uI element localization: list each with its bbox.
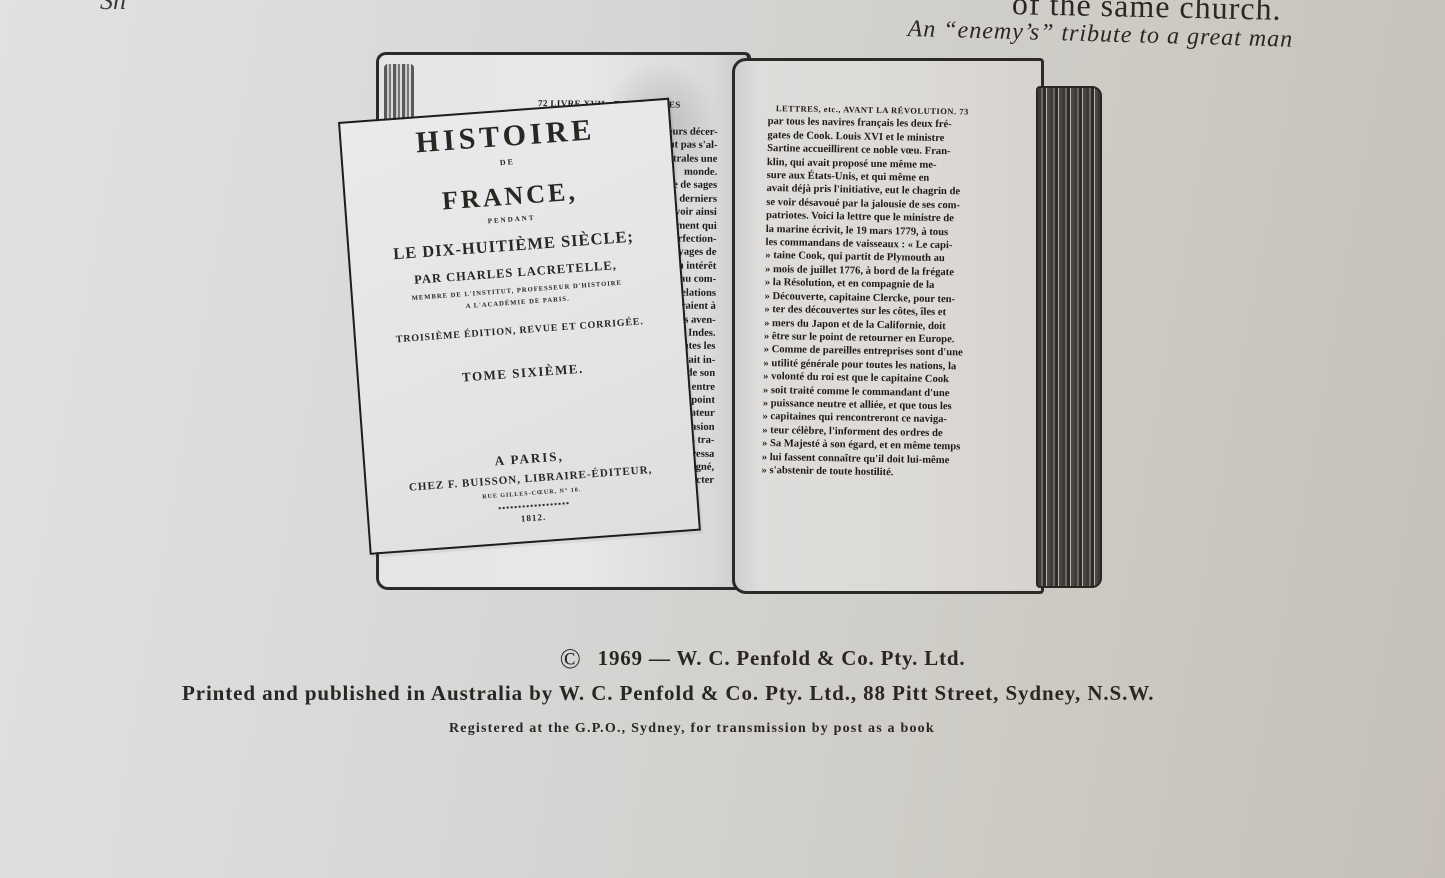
book-fore-edge [1036, 86, 1102, 588]
copyright-text: 1969 — W. C. Penfold & Co. Pty. Ltd. [598, 646, 966, 670]
copyright-line: ©1969 — W. C. Penfold & Co. Pty. Ltd. [0, 644, 1445, 676]
publisher-line: Printed and published in Australia by W.… [182, 681, 1154, 706]
copyright-icon: © [560, 644, 582, 675]
right-page-text: LETTRES, etc., AVANT LA RÉVOLUTION. 73 p… [761, 102, 994, 481]
title-page-rule [499, 502, 569, 509]
title-page-volume: TOME SIXIÈME. [359, 353, 687, 393]
title-page-edition: TROISIÈME ÉDITION, REVUE ET CORRIGÉE. [356, 313, 684, 348]
title-page-card: HISTOIRE DE FRANCE, PENDANT LE DIX-HUITI… [338, 98, 701, 555]
book-illustration: 72 LIVRE XVII ; TABLEAU DES MŒURS, DES d… [0, 0, 1445, 878]
registration-line: Registered at the G.P.O., Sydney, for tr… [449, 721, 935, 737]
